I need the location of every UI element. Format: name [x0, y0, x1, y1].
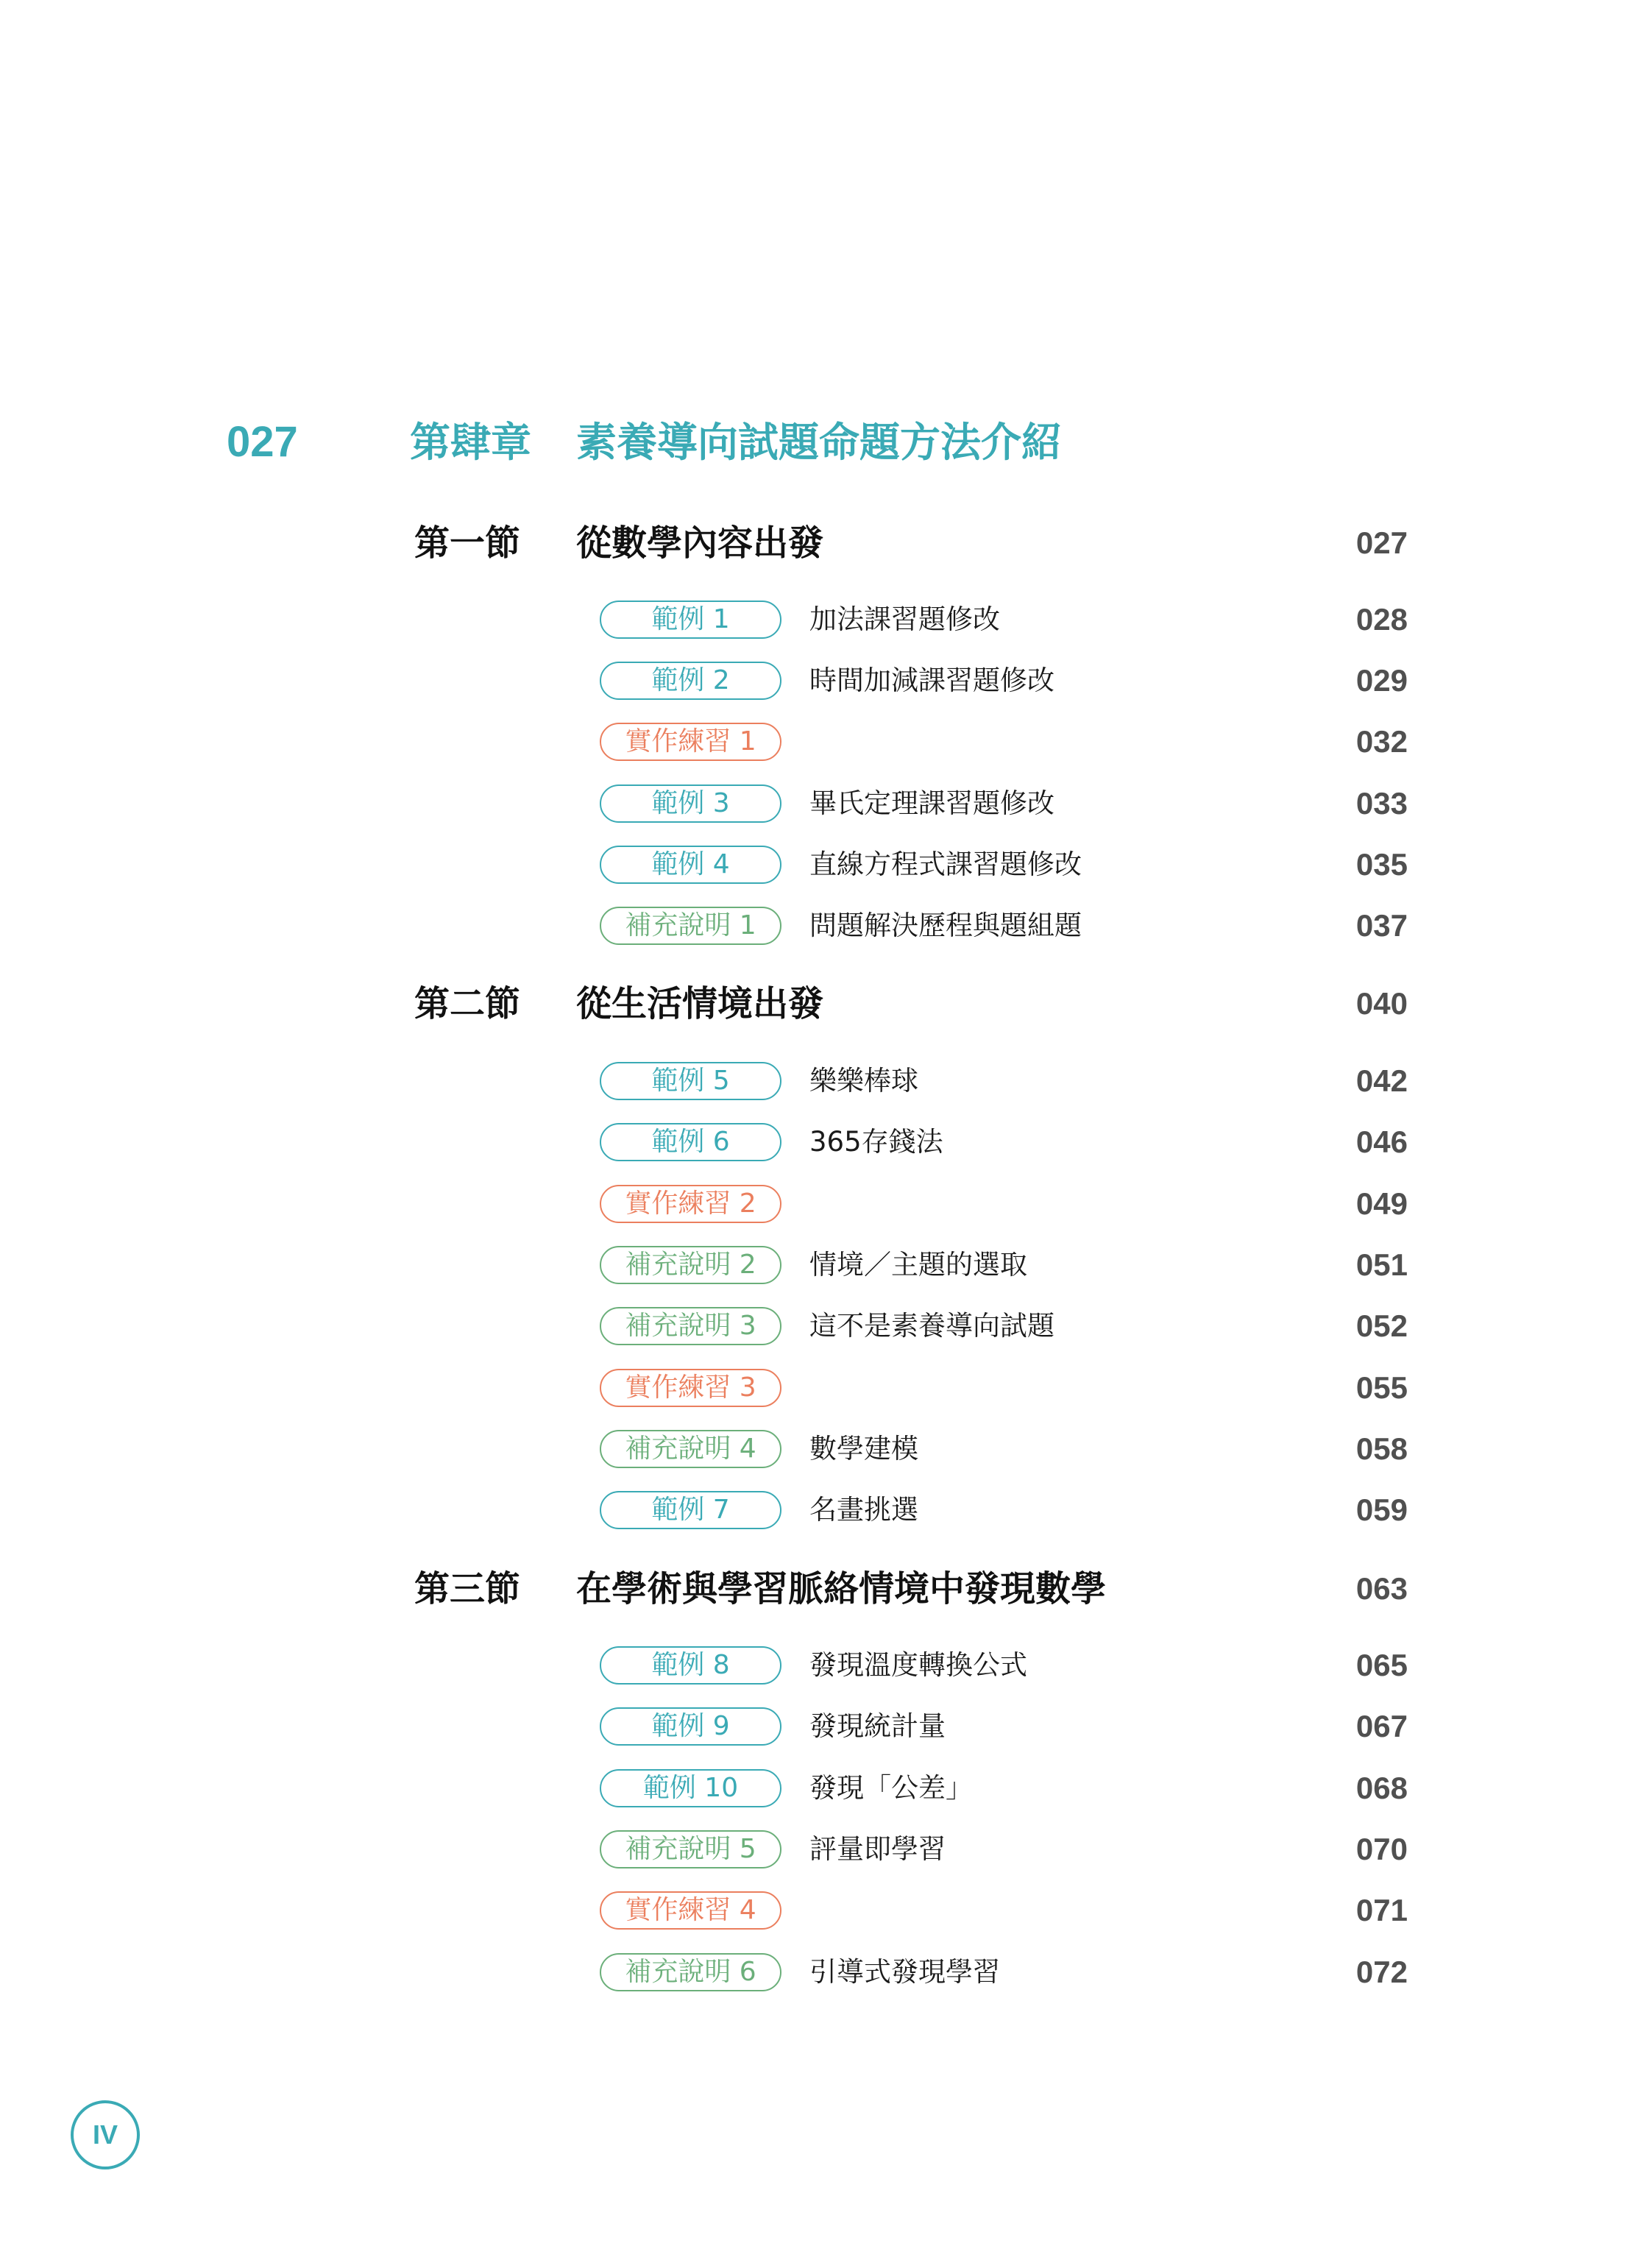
page-number: 037 [1356, 907, 1408, 945]
entry-title: 引導式發現學習 [809, 1953, 1000, 1991]
page-number: 042 [1356, 1062, 1408, 1100]
toc-entry[interactable]: 補充說明 4 數學建模 058 [0, 1430, 1652, 1468]
practice-badge: 實作練習 3 [600, 1369, 781, 1407]
supplement-badge: 補充說明 6 [600, 1953, 781, 1991]
entry-title: 發現統計量 [809, 1707, 946, 1746]
section-title: 在學術與學習脈絡情境中發現數學 [576, 1567, 1106, 1611]
example-badge: 範例 9 [600, 1707, 781, 1746]
entry-title: 評量即學習 [809, 1830, 946, 1868]
entry-title: 問題解決歷程與題組題 [809, 907, 1082, 945]
toc-entry[interactable]: 補充說明 5 評量即學習 070 [0, 1830, 1652, 1868]
chapter-label: 第肆章 [410, 414, 531, 471]
toc-entry[interactable]: 補充說明 1 問題解決歷程與題組題 037 [0, 907, 1652, 945]
page-number: 055 [1356, 1369, 1408, 1407]
toc-entry[interactable]: 範例 10 發現「公差」 068 [0, 1769, 1652, 1807]
page-number: 070 [1356, 1830, 1408, 1868]
toc-entry[interactable]: 範例 6 365存錢法 046 [0, 1123, 1652, 1161]
toc-entry[interactable]: 補充說明 3 這不是素養導向試題 052 [0, 1307, 1652, 1345]
toc-entry[interactable]: 範例 3 畢氏定理課習題修改 033 [0, 784, 1652, 823]
toc-entry[interactable]: 補充說明 2 情境／主題的選取 051 [0, 1246, 1652, 1284]
page-number: 032 [1356, 723, 1408, 761]
toc-entry[interactable]: 實作練習 3 055 [0, 1369, 1652, 1407]
page-number: 033 [1356, 784, 1408, 823]
section-heading[interactable]: 第三節 在學術與學習脈絡情境中發現數學 063 [0, 1567, 1652, 1611]
entry-title: 樂樂棒球 [809, 1062, 918, 1100]
toc-entry[interactable]: 範例 7 名畫挑選 059 [0, 1491, 1652, 1529]
section-title: 從生活情境出發 [576, 982, 823, 1026]
example-badge: 範例 2 [600, 662, 781, 700]
section-heading[interactable]: 第一節 從數學內容出發 027 [0, 521, 1652, 565]
page-number: 052 [1356, 1307, 1408, 1345]
example-badge: 範例 3 [600, 784, 781, 823]
entry-title: 畢氏定理課習題修改 [809, 784, 1054, 823]
page-number: 058 [1356, 1430, 1408, 1468]
practice-badge: 實作練習 1 [600, 723, 781, 761]
section-label: 第一節 [414, 521, 520, 565]
toc-entry[interactable]: 補充說明 6 引導式發現學習 072 [0, 1953, 1652, 1991]
toc-entry[interactable]: 範例 4 直線方程式課習題修改 035 [0, 846, 1652, 884]
page-number: 040 [1356, 982, 1408, 1026]
toc-entry[interactable]: 範例 9 發現統計量 067 [0, 1707, 1652, 1746]
example-badge: 範例 4 [600, 846, 781, 884]
example-badge: 範例 5 [600, 1062, 781, 1100]
example-badge: 範例 1 [600, 601, 781, 639]
supplement-badge: 補充說明 5 [600, 1830, 781, 1868]
page-number-badge: IV [71, 2100, 140, 2169]
page-number: 059 [1356, 1491, 1408, 1529]
supplement-badge: 補充說明 4 [600, 1430, 781, 1468]
page-number: 035 [1356, 846, 1408, 884]
toc-entry[interactable]: 實作練習 1 032 [0, 723, 1652, 761]
page-number: 028 [1356, 601, 1408, 639]
page-number: 051 [1356, 1246, 1408, 1284]
page-number: 049 [1356, 1185, 1408, 1223]
entry-title: 情境／主題的選取 [809, 1246, 1027, 1284]
entry-title: 這不是素養導向試題 [809, 1307, 1054, 1345]
toc-entry[interactable]: 實作練習 4 071 [0, 1891, 1652, 1930]
entry-title: 發現溫度轉換公式 [809, 1646, 1027, 1685]
page-number: 065 [1356, 1646, 1408, 1685]
section-label: 第二節 [414, 982, 520, 1026]
section-label: 第三節 [414, 1567, 520, 1611]
page-number: 046 [1356, 1123, 1408, 1161]
page-number: 029 [1356, 662, 1408, 700]
chapter-page-number[interactable]: 027 [227, 414, 298, 471]
section-title: 從數學內容出發 [576, 521, 823, 565]
toc-entry[interactable]: 範例 2 時間加減課習題修改 029 [0, 662, 1652, 700]
toc-entry[interactable]: 範例 1 加法課習題修改 028 [0, 601, 1652, 639]
page-number: 063 [1356, 1567, 1408, 1611]
entry-title: 直線方程式課習題修改 [809, 846, 1082, 884]
chapter-title[interactable]: 素養導向試題命題方法介紹 [576, 414, 1062, 471]
page-number: 027 [1356, 521, 1408, 565]
entry-title: 名畫挑選 [809, 1491, 918, 1529]
entry-title: 加法課習題修改 [809, 601, 1000, 639]
toc-entry[interactable]: 實作練習 2 049 [0, 1185, 1652, 1223]
entry-title: 時間加減課習題修改 [809, 662, 1054, 700]
page-number: 068 [1356, 1769, 1408, 1807]
toc-entry[interactable]: 範例 8 發現溫度轉換公式 065 [0, 1646, 1652, 1685]
entry-title: 發現「公差」 [809, 1769, 973, 1807]
page-number: 072 [1356, 1953, 1408, 1991]
page-number: 067 [1356, 1707, 1408, 1746]
page-number: 071 [1356, 1891, 1408, 1930]
example-badge: 範例 8 [600, 1646, 781, 1685]
toc-entry[interactable]: 範例 5 樂樂棒球 042 [0, 1062, 1652, 1100]
example-badge: 範例 10 [600, 1769, 781, 1807]
example-badge: 範例 6 [600, 1123, 781, 1161]
section-heading[interactable]: 第二節 從生活情境出發 040 [0, 982, 1652, 1026]
example-badge: 範例 7 [600, 1491, 781, 1529]
entry-title: 數學建模 [809, 1430, 918, 1468]
practice-badge: 實作練習 2 [600, 1185, 781, 1223]
supplement-badge: 補充說明 2 [600, 1246, 781, 1284]
supplement-badge: 補充說明 1 [600, 907, 781, 945]
practice-badge: 實作練習 4 [600, 1891, 781, 1930]
supplement-badge: 補充說明 3 [600, 1307, 781, 1345]
entry-title: 365存錢法 [809, 1123, 943, 1161]
